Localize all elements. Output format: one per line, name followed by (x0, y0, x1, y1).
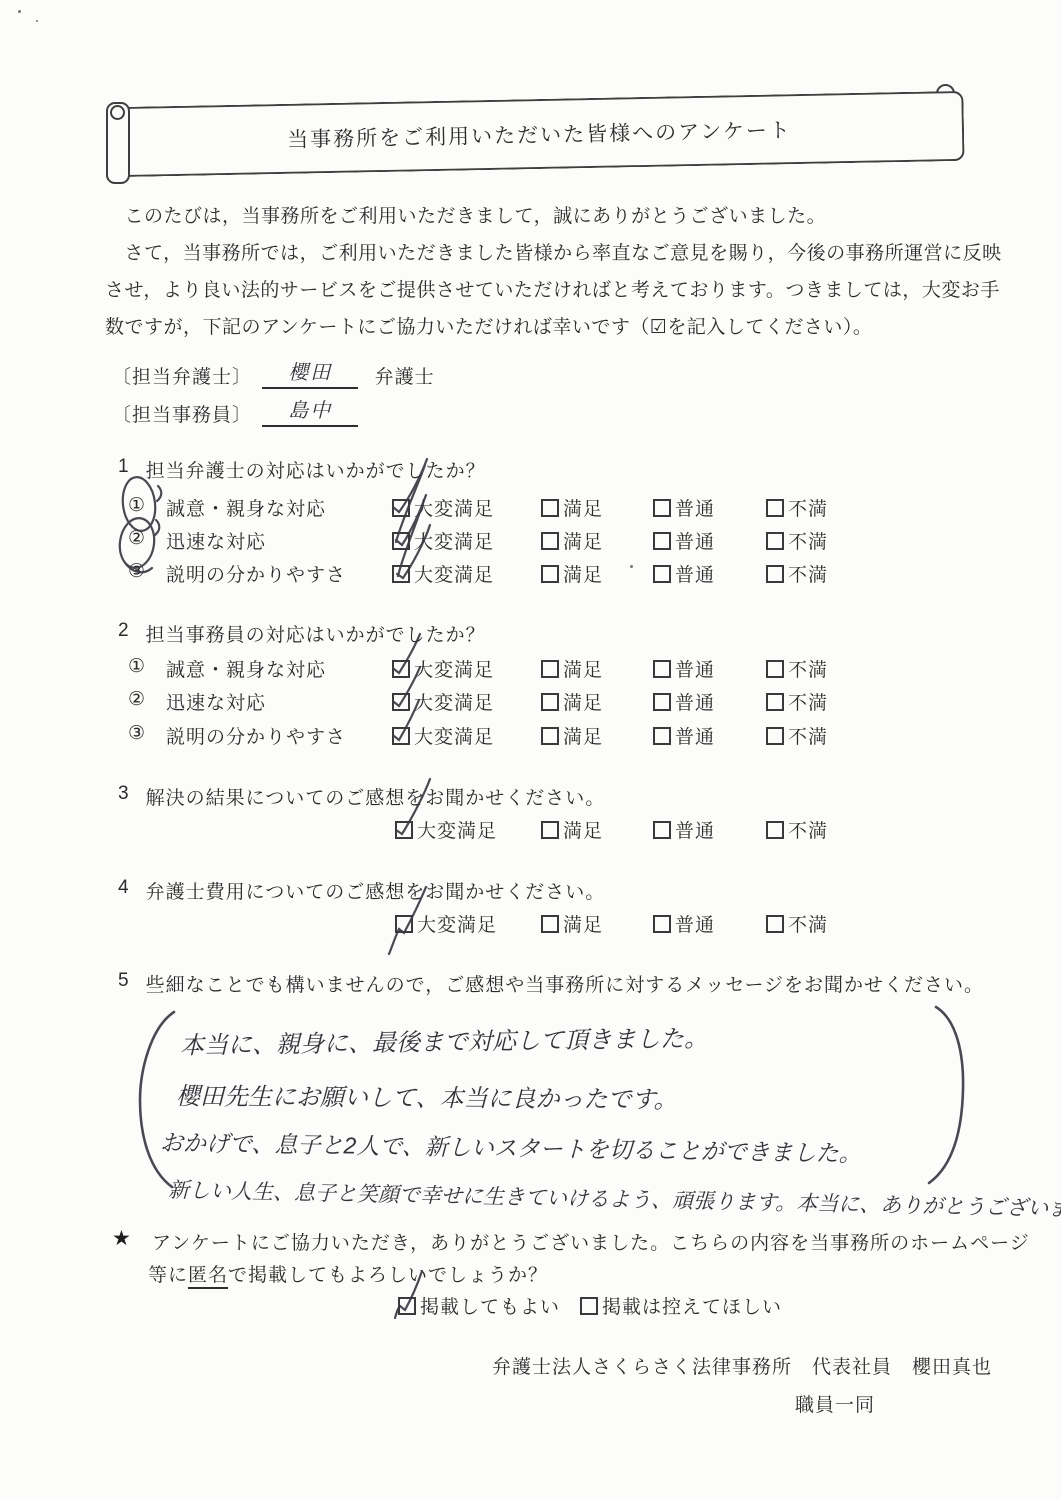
checkbox-empty (541, 693, 559, 711)
question-number: 5 (118, 970, 130, 997)
question-text: 担当弁護士の対応はいかがでしたか？ (146, 456, 486, 483)
item-label: 説明の分かりやすさ (166, 722, 346, 749)
item-label: 誠意・親身な対応 (166, 494, 326, 521)
assigned-lawyer-name: 櫻田 (262, 356, 358, 389)
option-dissatisfied: 不満 (766, 494, 828, 521)
anonymous-underlined: 匿名 (188, 1265, 228, 1289)
option-neutral: 普通 (653, 494, 715, 521)
option-satisfied: 満足 (541, 494, 603, 521)
option-neutral: 普通 (653, 816, 715, 843)
page-title: 当事務所をご利用いただいた皆様へのアンケート (117, 111, 962, 157)
question-number: 1 (118, 456, 130, 483)
option-satisfied: 満足 (541, 655, 603, 682)
question-text: 解決の結果についてのご感想をお聞かせください。 (146, 783, 606, 810)
checkbox-empty (541, 499, 559, 517)
question-number: 2 (118, 620, 130, 647)
footer-firm-line: 弁護士法人さくらさく法律事務所 代表社員 櫻田真也 (492, 1352, 992, 1379)
question-1-heading: 1 担当弁護士の対応はいかがでしたか？ (118, 456, 486, 483)
checkbox-checked (395, 821, 413, 839)
checkbox-empty (653, 693, 671, 711)
option-dissatisfied: 不満 (766, 655, 828, 682)
intro-line: このたびは，当事務所をご利用いただきまして，誠にありがとうございました。 (105, 198, 995, 235)
option-very-satisfied: 大変満足 (392, 655, 494, 682)
pen-bracket-right (929, 1007, 963, 1183)
checkbox-empty (766, 693, 784, 711)
option-very-satisfied: 大変満足 (392, 494, 494, 521)
option-neutral: 普通 (653, 910, 715, 937)
checkbox-empty (653, 499, 671, 517)
option-dissatisfied: 不満 (766, 688, 828, 715)
checkbox-empty (541, 660, 559, 678)
checkbox-empty (766, 660, 784, 678)
checkbox-empty (766, 915, 784, 933)
publish-options-row: 掲載してもよい 掲載は控えてほしい (0, 1292, 1061, 1320)
question-2-item-1-row: ① 誠意・親身な対応 大変満足 満足 普通 不満 (0, 655, 1061, 683)
checkbox-checked (392, 499, 410, 517)
option-very-satisfied: 大変満足 (395, 816, 497, 843)
question-3-options-row: 大変満足 満足 普通 不満 (0, 816, 1061, 844)
checkbox-empty (766, 532, 784, 550)
option-dissatisfied: 不満 (766, 560, 828, 587)
assigned-clerk-line: 〔担当事務員〕 島中 (112, 394, 358, 427)
publish-consent-line2: 等に匿名で掲載してもよろしいでしょうか？ (148, 1260, 548, 1287)
assigned-lawyer-label: 〔担当弁護士〕 (112, 367, 252, 388)
checkbox-checked (395, 915, 413, 933)
item-label: 誠意・親身な対応 (166, 655, 326, 682)
checkbox-checked (392, 727, 410, 745)
option-ok-to-publish: 掲載してもよい (398, 1292, 560, 1319)
item-number: ③ (128, 722, 145, 745)
item-number: ① (128, 494, 145, 517)
intro-line: さて，当事務所では，ご利用いただきました皆様から率直なご意見を賜り，今後の事務所… (105, 235, 995, 272)
checkbox-empty (653, 727, 671, 745)
item-number: ② (128, 688, 145, 711)
question-1-item-2-row: ② 迅速な対応 大変満足 満足 普通 不満 (0, 527, 1061, 555)
question-3-heading: 3 解決の結果についてのご感想をお聞かせください。 (118, 783, 605, 810)
banner-left-curl-icon (110, 105, 125, 120)
checkbox-checked (392, 693, 410, 711)
checkbox-empty (766, 565, 784, 583)
intro-paragraph: このたびは，当事務所をご利用いただきまして，誠にありがとうございました。 さて，… (105, 198, 995, 346)
item-number: ② (128, 527, 145, 550)
option-dissatisfied: 不満 (766, 722, 828, 749)
option-satisfied: 満足 (541, 688, 603, 715)
footer-staff-line: 職員一同 (795, 1390, 875, 1417)
question-2-item-2-row: ② 迅速な対応 大変満足 満足 普通 不満 (0, 688, 1061, 716)
checkbox-empty (766, 499, 784, 517)
checkbox-empty (541, 565, 559, 583)
title-banner: 当事務所をご利用いただいた皆様へのアンケート (116, 91, 964, 177)
item-number: ③ (128, 560, 145, 583)
option-very-satisfied: 大変満足 (392, 527, 494, 554)
question-4-options-row: 大変満足 満足 普通 不満 (0, 910, 1061, 938)
pen-bracket-left (140, 1012, 174, 1187)
checkbox-empty (653, 565, 671, 583)
checkbox-empty (541, 821, 559, 839)
question-number: 4 (118, 877, 130, 904)
question-text: 弁護士費用についてのご感想をお聞かせください。 (146, 877, 606, 904)
option-very-satisfied: 大変満足 (392, 688, 494, 715)
intro-line: させ，より良い法的サービスをご提供させていただければと考えております。つきまして… (105, 272, 995, 309)
option-neutral: 普通 (653, 560, 715, 587)
checkbox-empty (653, 915, 671, 933)
checkbox-empty (653, 532, 671, 550)
question-4-heading: 4 弁護士費用についてのご感想をお聞かせください。 (118, 877, 605, 904)
question-text: 些細なことでも構いませんので，ご感想や当事務所に対するメッセージをお聞かせくださ… (146, 970, 984, 997)
checkbox-empty (541, 727, 559, 745)
item-label: 説明の分かりやすさ (166, 560, 346, 587)
assigned-lawyer-line: 〔担当弁護士〕 櫻田 弁護士 (112, 356, 435, 389)
checkbox-empty (653, 660, 671, 678)
checkbox-checked (398, 1297, 416, 1315)
publish-consent-line1: アンケートにご協力いただき，ありがとうございました。こちらの内容を当事務所のホー… (152, 1228, 1030, 1255)
option-satisfied: 満足 (541, 527, 603, 554)
checkbox-empty (541, 532, 559, 550)
checkbox-checked (392, 532, 410, 550)
option-satisfied: 満足 (541, 910, 603, 937)
handwritten-comment-line: 新しい人生、息子と笑顔で幸せに生きていけるよう、頑張ります。本当に、ありがとうご… (168, 1174, 1061, 1224)
assigned-clerk-label: 〔担当事務員〕 (112, 405, 252, 426)
option-very-satisfied: 大変満足 (392, 722, 494, 749)
option-neutral: 普通 (653, 722, 715, 749)
handwritten-comment-line: おかげで、息子と2人で、新しいスタートを切ることができました。 (160, 1124, 862, 1168)
checkbox-empty (580, 1297, 598, 1315)
checkbox-empty (766, 821, 784, 839)
question-1-item-3-row: ③ 説明の分かりやすさ 大変満足 満足 普通 不満 (0, 560, 1061, 588)
option-satisfied: 満足 (541, 816, 603, 843)
handwritten-comment-line: 本当に、親身に、最後まで対応して頂きました。 (180, 1018, 708, 1060)
item-label: 迅速な対応 (166, 688, 266, 715)
checkbox-empty (653, 821, 671, 839)
intro-line: 数ですが，下記のアンケートにご協力いただければ幸いです（☑を記入してください）。 (105, 309, 995, 346)
question-1-item-1-row: ① 誠意・親身な対応 大変満足 満足 普通 不満 (0, 494, 1061, 522)
option-dissatisfied: 不満 (766, 816, 828, 843)
option-satisfied: 満足 (541, 722, 603, 749)
checkbox-empty (541, 915, 559, 933)
star-icon: ★ (112, 1226, 131, 1251)
option-dissatisfied: 不満 (766, 527, 828, 554)
checkbox-checked (392, 660, 410, 678)
question-2-item-3-row: ③ 説明の分かりやすさ 大変満足 満足 普通 不満 (0, 722, 1061, 750)
option-satisfied: 満足 (541, 560, 603, 587)
checkbox-checked (392, 565, 410, 583)
item-number: ① (128, 655, 145, 678)
assigned-lawyer-suffix: 弁護士 (375, 367, 435, 388)
option-do-not-publish: 掲載は控えてほしい (580, 1292, 782, 1319)
question-text: 担当事務員の対応はいかがでしたか？ (146, 620, 486, 647)
item-label: 迅速な対応 (166, 527, 266, 554)
handwritten-comment-line: 櫻田先生にお願いして、本当に良かったです。 (176, 1076, 678, 1115)
question-number: 3 (118, 783, 130, 810)
assigned-clerk-name: 島中 (262, 394, 358, 427)
option-dissatisfied: 不満 (766, 910, 828, 937)
option-very-satisfied: 大変満足 (392, 560, 494, 587)
question-2-heading: 2 担当事務員の対応はいかがでしたか？ (118, 620, 486, 647)
scan-speck (36, 20, 38, 22)
option-neutral: 普通 (653, 527, 715, 554)
option-neutral: 普通 (653, 655, 715, 682)
checkbox-empty (766, 727, 784, 745)
scanned-survey-document: 当事務所をご利用いただいた皆様へのアンケート このたびは，当事務所をご利用いただ… (0, 0, 1061, 1500)
question-5-heading: 5 些細なことでも構いませんので，ご感想や当事務所に対するメッセージをお聞かせく… (118, 970, 984, 997)
scan-speck (18, 10, 21, 13)
option-very-satisfied: 大変満足 (395, 910, 497, 937)
option-neutral: 普通 (653, 688, 715, 715)
